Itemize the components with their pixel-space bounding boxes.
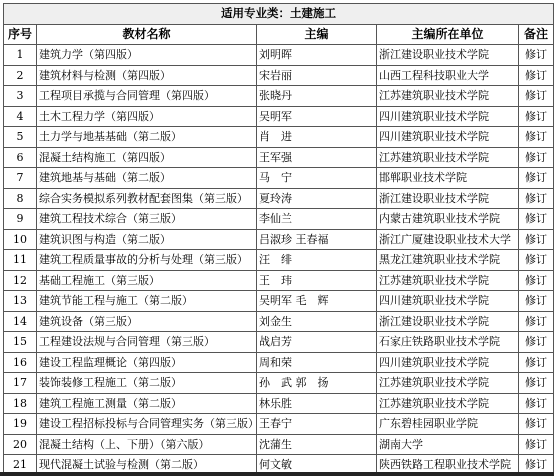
cell-editor[interactable]: 周和荣 — [257, 352, 377, 373]
table-header-row: 序号 教材名称 主编 主编所在单位 备注 — [4, 24, 554, 45]
cell-editor[interactable]: 王军强 — [257, 147, 377, 168]
cell-name[interactable]: 土木工程力学（第四版） — [37, 106, 257, 127]
table-row: 13建筑节能工程与施工（第二版）吴明军 毛 辉四川建筑职业技术学院修订 — [4, 291, 554, 312]
cell-editor[interactable]: 马 宁 — [257, 168, 377, 189]
cell-note[interactable]: 修订 — [519, 229, 554, 250]
cell-no[interactable]: 16 — [4, 352, 37, 373]
cell-note[interactable]: 修订 — [519, 352, 554, 373]
cell-unit[interactable]: 浙江建设职业技术学院 — [377, 45, 519, 66]
cell-unit[interactable]: 江苏建筑职业技术学院 — [377, 393, 519, 414]
cell-unit[interactable]: 江苏建筑职业技术学院 — [377, 373, 519, 394]
table-row: 6混凝土结构施工（第四版）王军强江苏建筑职业技术学院修订 — [4, 147, 554, 168]
header-no[interactable]: 序号 — [4, 24, 37, 45]
cell-editor[interactable]: 吴明军 毛 辉 — [257, 291, 377, 312]
cell-unit[interactable]: 江苏建筑职业技术学院 — [377, 270, 519, 291]
cell-editor[interactable]: 刘金生 — [257, 311, 377, 332]
table-title[interactable]: 适用专业类：土建施工 — [4, 4, 554, 25]
cell-note[interactable]: 修订 — [519, 311, 554, 332]
table-row: 18建筑工程施工测量（第二版）林乐胜江苏建筑职业技术学院修订 — [4, 393, 554, 414]
cell-no[interactable]: 12 — [4, 270, 37, 291]
cell-no[interactable]: 18 — [4, 393, 37, 414]
cell-no[interactable]: 20 — [4, 434, 37, 455]
cell-unit[interactable]: 江苏建筑职业技术学院 — [377, 86, 519, 107]
cell-name[interactable]: 工程建设法规与合同管理（第三版） — [37, 332, 257, 353]
bottom-edge — [0, 472, 554, 476]
cell-no[interactable]: 4 — [4, 106, 37, 127]
cell-unit[interactable]: 四川建筑职业技术学院 — [377, 291, 519, 312]
header-note[interactable]: 备注 — [519, 24, 554, 45]
table-row: 17装饰装修工程施工（第二版）孙 武 郭 扬江苏建筑职业技术学院修订 — [4, 373, 554, 394]
cell-note[interactable]: 修订 — [519, 209, 554, 230]
cell-no[interactable]: 1 — [4, 45, 37, 66]
cell-name[interactable]: 建筑设备（第三版） — [37, 311, 257, 332]
cell-unit[interactable]: 山西工程科技职业大学 — [377, 65, 519, 86]
cell-no[interactable]: 6 — [4, 147, 37, 168]
cell-note[interactable]: 修订 — [519, 270, 554, 291]
cell-note[interactable]: 修订 — [519, 106, 554, 127]
cell-unit[interactable]: 浙江建设职业技术学院 — [377, 311, 519, 332]
cell-name[interactable]: 建设工程招标投标与合同管理实务（第三版） — [37, 414, 257, 435]
table-row: 3工程项目承揽与合同管理（第四版）张晓丹江苏建筑职业技术学院修订 — [4, 86, 554, 107]
cell-name[interactable]: 综合实务模拟系列教材配套图集（第三版） — [37, 188, 257, 209]
cell-no[interactable]: 2 — [4, 65, 37, 86]
cell-no[interactable]: 17 — [4, 373, 37, 394]
cell-editor[interactable]: 汪 绯 — [257, 250, 377, 271]
table-row: 12基础工程施工（第三版）王 玮江苏建筑职业技术学院修订 — [4, 270, 554, 291]
cell-note[interactable]: 修订 — [519, 393, 554, 414]
cell-no[interactable]: 14 — [4, 311, 37, 332]
header-name[interactable]: 教材名称 — [37, 24, 257, 45]
cell-note[interactable]: 修订 — [519, 168, 554, 189]
cell-unit[interactable]: 内蒙古建筑职业技术学院 — [377, 209, 519, 230]
cell-unit[interactable]: 浙江建设职业技术学院 — [377, 188, 519, 209]
cell-unit[interactable]: 石家庄铁路职业技术学院 — [377, 332, 519, 353]
textbook-table: 适用专业类：土建施工 序号 教材名称 主编 主编所在单位 备注 1建筑力学（第四… — [3, 3, 554, 476]
cell-editor[interactable]: 孙 武 郭 扬 — [257, 373, 377, 394]
cell-editor[interactable]: 王 玮 — [257, 270, 377, 291]
cell-editor[interactable]: 宋岩丽 — [257, 65, 377, 86]
table-row: 2建筑材料与检测（第四版）宋岩丽山西工程科技职业大学修订 — [4, 65, 554, 86]
cell-note[interactable]: 修订 — [519, 250, 554, 271]
cell-name[interactable]: 土力学与地基基础（第二版） — [37, 127, 257, 148]
cell-unit[interactable]: 浙江广厦建设职业技术大学 — [377, 229, 519, 250]
cell-name[interactable]: 建筑材料与检测（第四版） — [37, 65, 257, 86]
table-row: 19建设工程招标投标与合同管理实务（第三版）王春宁广东碧桂园职业学院修订 — [4, 414, 554, 435]
cell-name[interactable]: 混凝土结构施工（第四版） — [37, 147, 257, 168]
table-row: 15工程建设法规与合同管理（第三版）战启芳石家庄铁路职业技术学院修订 — [4, 332, 554, 353]
table-row: 20混凝土结构（上、下册）（第六版）沈蒲生湖南大学修订 — [4, 434, 554, 455]
cell-name[interactable]: 建设工程监理概论（第四版） — [37, 352, 257, 373]
cell-name[interactable]: 建筑识图与构造（第二版） — [37, 229, 257, 250]
cell-no[interactable]: 9 — [4, 209, 37, 230]
cell-editor[interactable]: 沈蒲生 — [257, 434, 377, 455]
cell-note[interactable]: 修订 — [519, 414, 554, 435]
cell-editor[interactable]: 张晓丹 — [257, 86, 377, 107]
table-row: 5土力学与地基基础（第二版）肖 进四川建筑职业技术学院修订 — [4, 127, 554, 148]
table-row: 10建筑识图与构造（第二版）吕淑珍 王春福浙江广厦建设职业技术大学修订 — [4, 229, 554, 250]
table-row: 9建筑工程技术综合（第三版）李仙兰内蒙古建筑职业技术学院修订 — [4, 209, 554, 230]
cell-no[interactable]: 10 — [4, 229, 37, 250]
cell-name[interactable]: 建筑力学（第四版） — [37, 45, 257, 66]
cell-no[interactable]: 5 — [4, 127, 37, 148]
cell-name[interactable]: 建筑工程施工测量（第二版） — [37, 393, 257, 414]
cell-name[interactable]: 建筑工程技术综合（第三版） — [37, 209, 257, 230]
cell-name[interactable]: 建筑地基与基础（第二版） — [37, 168, 257, 189]
cell-unit[interactable]: 湖南大学 — [377, 434, 519, 455]
cell-editor[interactable]: 李仙兰 — [257, 209, 377, 230]
cell-editor[interactable]: 战启芳 — [257, 332, 377, 353]
cell-name[interactable]: 装饰装修工程施工（第二版） — [37, 373, 257, 394]
cell-note[interactable]: 修订 — [519, 188, 554, 209]
cell-editor[interactable]: 刘明晖 — [257, 45, 377, 66]
header-unit[interactable]: 主编所在单位 — [377, 24, 519, 45]
cell-note[interactable]: 修订 — [519, 45, 554, 66]
cell-note[interactable]: 修订 — [519, 332, 554, 353]
table-row: 4土木工程力学（第四版）吴明军四川建筑职业技术学院修订 — [4, 106, 554, 127]
cell-no[interactable]: 19 — [4, 414, 37, 435]
cell-no[interactable]: 7 — [4, 168, 37, 189]
cell-name[interactable]: 基础工程施工（第三版） — [37, 270, 257, 291]
cell-unit[interactable]: 江苏建筑职业技术学院 — [377, 147, 519, 168]
cell-editor[interactable]: 林乐胜 — [257, 393, 377, 414]
cell-note[interactable]: 修订 — [519, 291, 554, 312]
table-row: 11建筑工程质量事故的分析与处理（第三版）汪 绯黑龙江建筑职业技术学院修订 — [4, 250, 554, 271]
cell-unit[interactable]: 四川建筑职业技术学院 — [377, 352, 519, 373]
cell-unit[interactable]: 四川建筑职业技术学院 — [377, 127, 519, 148]
cell-unit[interactable]: 邯郸职业技术学院 — [377, 168, 519, 189]
cell-name[interactable]: 建筑节能工程与施工（第二版） — [37, 291, 257, 312]
cell-note[interactable]: 修订 — [519, 147, 554, 168]
table-row: 1建筑力学（第四版）刘明晖浙江建设职业技术学院修订 — [4, 45, 554, 66]
cell-editor[interactable]: 夏玲涛 — [257, 188, 377, 209]
header-editor[interactable]: 主编 — [257, 24, 377, 45]
cell-unit[interactable]: 广东碧桂园职业学院 — [377, 414, 519, 435]
cell-name[interactable]: 建筑工程质量事故的分析与处理（第三版） — [37, 250, 257, 271]
cell-no[interactable]: 13 — [4, 291, 37, 312]
cell-note[interactable]: 修订 — [519, 127, 554, 148]
cell-note[interactable]: 修订 — [519, 86, 554, 107]
table-row: 14建筑设备（第三版）刘金生浙江建设职业技术学院修订 — [4, 311, 554, 332]
cell-editor[interactable]: 王春宁 — [257, 414, 377, 435]
cell-editor[interactable]: 肖 进 — [257, 127, 377, 148]
cell-editor[interactable]: 吴明军 — [257, 106, 377, 127]
cell-name[interactable]: 混凝土结构（上、下册）（第六版） — [37, 434, 257, 455]
cell-no[interactable]: 8 — [4, 188, 37, 209]
cell-unit[interactable]: 四川建筑职业技术学院 — [377, 106, 519, 127]
cell-editor[interactable]: 吕淑珍 王春福 — [257, 229, 377, 250]
cell-no[interactable]: 11 — [4, 250, 37, 271]
table-row: 16建设工程监理概论（第四版）周和荣四川建筑职业技术学院修订 — [4, 352, 554, 373]
table-title-row: 适用专业类：土建施工 — [4, 4, 554, 25]
cell-note[interactable]: 修订 — [519, 65, 554, 86]
cell-note[interactable]: 修订 — [519, 434, 554, 455]
table-row: 7建筑地基与基础（第二版）马 宁邯郸职业技术学院修订 — [4, 168, 554, 189]
cell-note[interactable]: 修订 — [519, 373, 554, 394]
table-row: 8综合实务模拟系列教材配套图集（第三版）夏玲涛浙江建设职业技术学院修订 — [4, 188, 554, 209]
cell-no[interactable]: 3 — [4, 86, 37, 107]
cell-name[interactable]: 工程项目承揽与合同管理（第四版） — [37, 86, 257, 107]
cell-unit[interactable]: 黑龙江建筑职业技术学院 — [377, 250, 519, 271]
cell-no[interactable]: 15 — [4, 332, 37, 353]
